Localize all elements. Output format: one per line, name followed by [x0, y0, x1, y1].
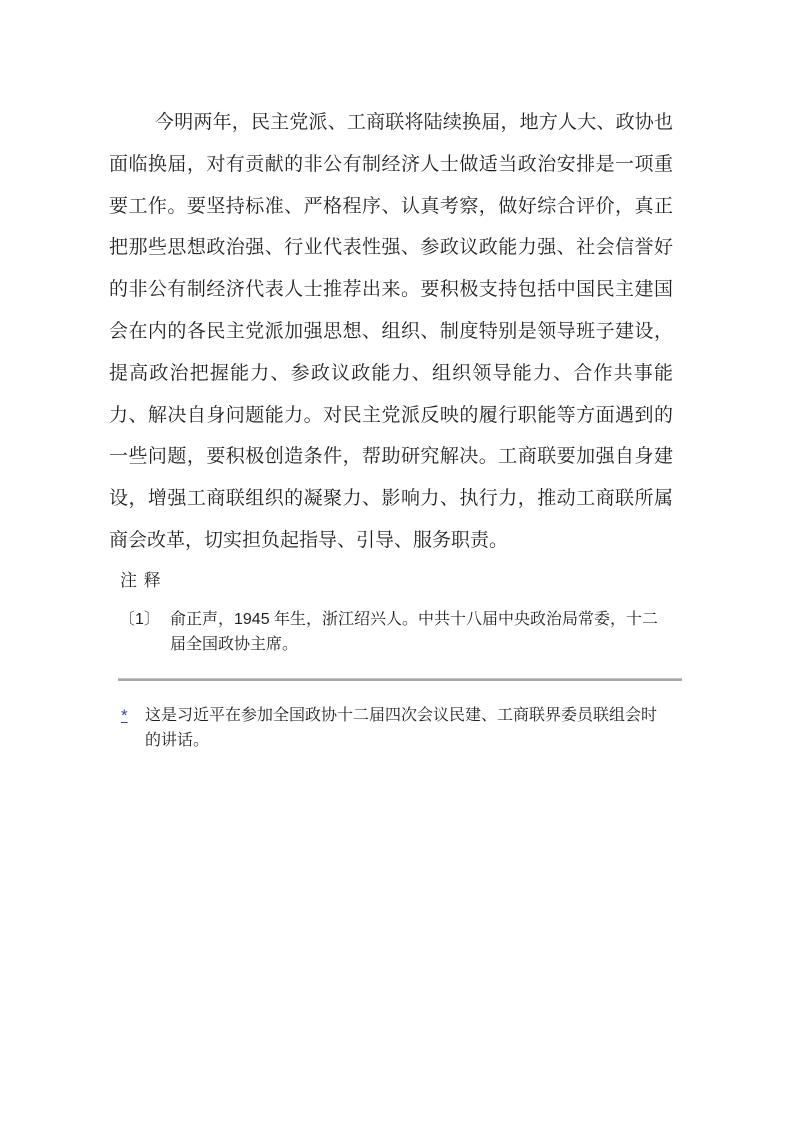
- body-text-line: 要工作。要坚持标准、严格程序、认真考察，做好综合评价，真正: [109, 186, 673, 228]
- notes-heading: 注 释: [120, 571, 162, 590]
- body-text-line: 的非公有制经济代表人士推荐出来。要积极支持包括中国民主建国: [109, 269, 673, 311]
- body-paragraph: 今明两年，民主党派、工商联将陆续换届，地方人大、政协也面临换届，对有贡献的非公有…: [109, 102, 673, 562]
- footnote-text: 这是习近平在参加全国政协十二届四次会议民建、工商联界委员联组会时的讲话。: [145, 704, 674, 753]
- body-text-line: 面临换届，对有贡献的非公有制经济人士做适当政治安排是一项重: [109, 144, 673, 186]
- body-text-line: 把那些思想政治强、行业代表性强、参政议政能力强、社会信誉好: [109, 227, 673, 269]
- footnote: * 这是习近平在参加全国政协十二届四次会议民建、工商联界委员联组会时的讲话。: [118, 704, 674, 753]
- note-text-line: 届全国政协主席。: [170, 633, 679, 658]
- note-text-line: 俞正声，1945 年生，浙江绍兴人。中共十八届中央政治局常委，十二: [170, 608, 679, 633]
- body-text-line: 力、解决自身问题能力。对民主党派反映的履行职能等方面遇到的: [109, 395, 673, 437]
- body-text-line: 提高政治把握能力、参政议政能力、组织领导能力、合作共事能: [109, 353, 673, 395]
- body-text-line: 会在内的各民主党派加强思想、组织、制度特别是领导班子建设，: [109, 311, 673, 353]
- footnote-text-line: 这是习近平在参加全国政协十二届四次会议民建、工商联界委员联组会时: [145, 704, 674, 729]
- note-text: 俞正声，1945 年生，浙江绍兴人。中共十八届中央政治局常委，十二届全国政协主席…: [170, 608, 679, 657]
- body-text-line: 商会改革，切实担负起指导、引导、服务职责。: [109, 520, 673, 562]
- body-text-line: 今明两年，民主党派、工商联将陆续换届，地方人大、政协也: [109, 102, 673, 144]
- footnote-text-line: 的讲话。: [145, 729, 674, 754]
- body-text-line: 设，增强工商联组织的凝聚力、影响力、执行力，推动工商联所属: [109, 478, 673, 520]
- footnote-star-link[interactable]: *: [121, 704, 128, 729]
- document-page: 今明两年，民主党派、工商联将陆续换届，地方人大、政协也面临换届，对有贡献的非公有…: [0, 0, 800, 1130]
- body-text-line: 一些问题，要积极创造条件，帮助研究解决。工商联要加强自身建: [109, 436, 673, 478]
- footnote-divider: [118, 678, 682, 681]
- note-item: 〔1〕 俞正声，1945 年生，浙江绍兴人。中共十八届中央政治局常委，十二届全国…: [119, 608, 679, 657]
- note-marker: 〔1〕: [119, 608, 160, 633]
